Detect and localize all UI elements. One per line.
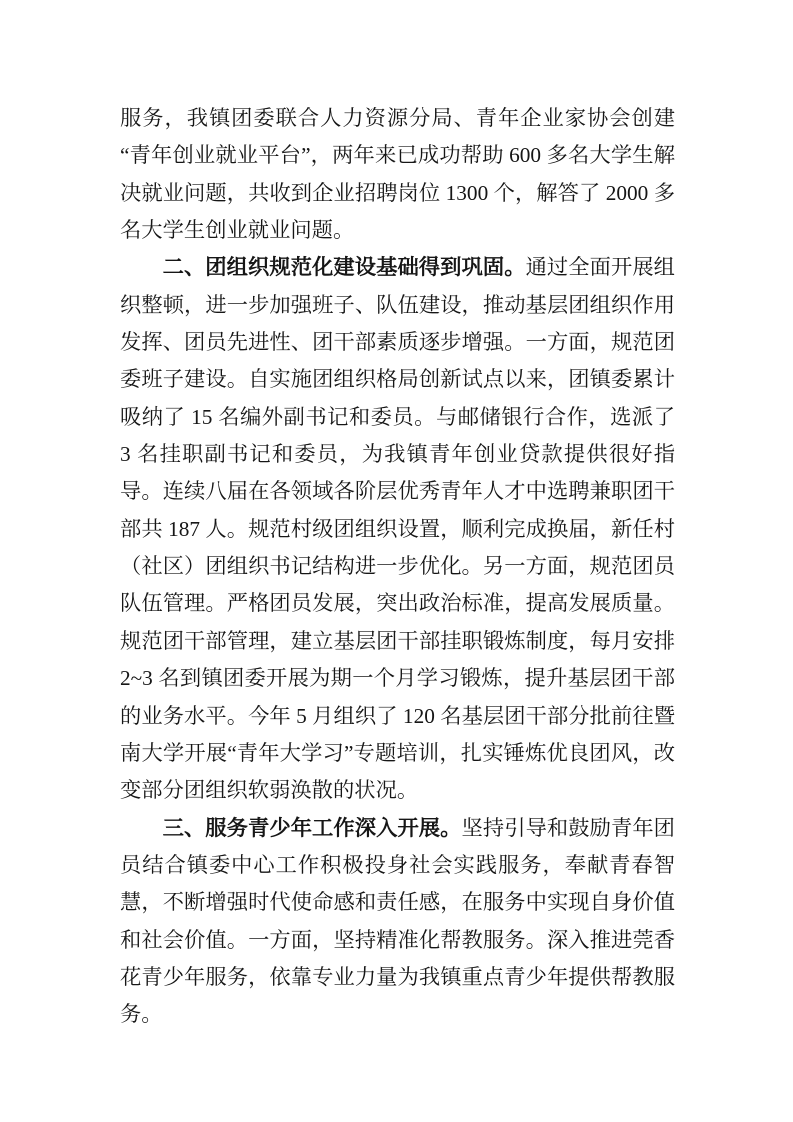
section-3-heading: 三、服务青少年工作深入开展。 xyxy=(163,816,462,840)
paragraph-section-2: 二、团组织规范化建设基础得到巩固。通过全面开展组织整顿，进一步加强班子、队伍建设… xyxy=(120,249,675,809)
section-2-heading: 二、团组织规范化建设基础得到巩固。 xyxy=(163,255,526,279)
paragraph-continuation-body: 服务，我镇团委联合人力资源分局、青年企业家协会创建“青年创业就业平台”，两年来已… xyxy=(120,106,675,242)
paragraph-continuation: 服务，我镇团委联合人力资源分局、青年企业家协会创建“青年创业就业平台”，两年来已… xyxy=(120,100,675,249)
paragraph-section-3: 三、服务青少年工作深入开展。坚持引导和鼓励青年团员结合镇委中心工作积极投身社会实… xyxy=(120,810,675,1034)
section-2-body: 通过全面开展组织整顿，进一步加强班子、队伍建设，推动基层团组织作用发挥、团员先进… xyxy=(120,255,675,802)
document-text-block: 服务，我镇团委联合人力资源分局、青年企业家协会创建“青年创业就业平台”，两年来已… xyxy=(120,100,675,1034)
section-3-body: 坚持引导和鼓励青年团员结合镇委中心工作积极投身社会实践服务，奉献青春智慧，不断增… xyxy=(120,816,675,1027)
document-page: 服务，我镇团委联合人力资源分局、青年企业家协会创建“青年创业就业平台”，两年来已… xyxy=(0,0,793,1122)
